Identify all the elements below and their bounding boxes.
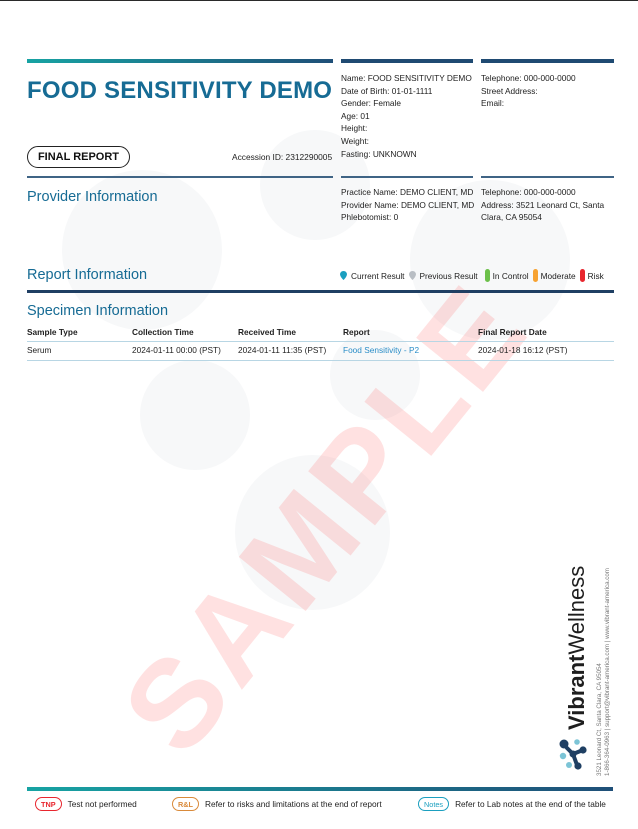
brand-name-bold: Vibrant — [564, 655, 589, 730]
patient-name: Name: FOOD SENSITIVITY DEMO — [341, 72, 472, 85]
legend-current-result: Current Result — [340, 271, 405, 281]
specimen-heading: Specimen Information — [27, 303, 168, 319]
patient-email: Email: — [481, 97, 576, 110]
report-divider — [27, 290, 614, 293]
section-divider — [27, 176, 333, 178]
brand-address-line2: 1-866-364-0963 | support@vibrant-america… — [604, 568, 612, 776]
footer-tnp: TNP Test not performed — [35, 797, 137, 811]
report-heading: Report Information — [27, 267, 147, 283]
report-link[interactable]: Food Sensitivity - P2 — [343, 340, 478, 359]
footer-rl: R&L Refer to risks and limitations at th… — [172, 797, 382, 811]
provider-info: Practice Name: DEMO CLIENT, MD Provider … — [341, 186, 474, 224]
pill-icon — [533, 269, 538, 282]
footer-bar — [27, 787, 613, 791]
provider-contact: Telephone: 000-000-0000 Address: 3521 Le… — [481, 186, 604, 224]
phlebotomist: Phlebotomist: 0 — [341, 211, 474, 224]
section-divider — [481, 176, 614, 178]
vibrant-logo — [557, 738, 587, 770]
col-report: Report — [343, 324, 478, 340]
notes-text: Refer to Lab notes at the end of the tab… — [455, 799, 606, 809]
patient-age: Age: 01 — [341, 110, 472, 123]
table-divider — [27, 341, 614, 342]
rl-badge: R&L — [172, 797, 199, 811]
bg-circle — [140, 360, 250, 470]
section-divider — [341, 176, 473, 178]
pill-icon — [485, 269, 490, 282]
legend-previous-result: Previous Result — [409, 271, 478, 281]
table-row: Serum 2024-01-11 00:00 (PST) 2024-01-11 … — [27, 340, 613, 359]
legend-moderate: Moderate — [533, 269, 576, 282]
accession-label: Accession ID: — [232, 152, 283, 162]
table-header-row: Sample Type Collection Time Received Tim… — [27, 324, 613, 340]
cell-received-time: 2024-01-11 11:35 (PST) — [238, 340, 343, 359]
col-received-time: Received Time — [238, 324, 343, 340]
footer-notes: Notes Refer to Lab notes at the end of t… — [418, 797, 606, 811]
final-report-button[interactable]: FINAL REPORT — [27, 146, 130, 168]
tnp-text: Test not performed — [68, 799, 137, 809]
rl-text: Refer to risks and limitations at the en… — [205, 799, 382, 809]
header-bar — [341, 59, 473, 63]
final-report-label: FINAL REPORT — [38, 151, 119, 163]
patient-weight: Weight: — [341, 135, 472, 148]
patient-contact: Telephone: 000-000-0000 Street Address: … — [481, 72, 576, 110]
provider-name: Provider Name: DEMO CLIENT, MD — [341, 199, 474, 212]
pin-icon — [340, 271, 347, 280]
patient-dob: Date of Birth: 01-01-1111 — [341, 85, 472, 98]
header-bar — [27, 59, 333, 63]
legend-risk: Risk — [580, 269, 604, 282]
patient-fasting: Fasting: UNKNOWN — [341, 148, 472, 161]
brand-name-light: Wellness — [564, 566, 589, 655]
provider-heading: Provider Information — [27, 189, 158, 205]
col-sample-type: Sample Type — [27, 324, 132, 340]
patient-info: Name: FOOD SENSITIVITY DEMO Date of Birt… — [341, 72, 472, 160]
notes-badge: Notes — [418, 797, 449, 811]
cell-collection-time: 2024-01-11 00:00 (PST) — [132, 340, 238, 359]
provider-telephone: Telephone: 000-000-0000 — [481, 186, 604, 199]
cell-final-report-date: 2024-01-18 16:12 (PST) — [478, 340, 613, 359]
bg-circle — [235, 455, 390, 610]
patient-telephone: Telephone: 000-000-0000 — [481, 72, 576, 85]
accession-id: Accession ID: 2312290005 — [232, 152, 332, 162]
patient-height: Height: — [341, 122, 472, 135]
cell-sample-type: Serum — [27, 340, 132, 359]
brand-address-line1: 3521 Leonard Ct, Santa Clara, CA 95054 — [596, 568, 604, 776]
header-bar — [481, 59, 614, 63]
top-border — [0, 0, 638, 1]
provider-address: Address: 3521 Leonard Ct, Santa — [481, 199, 604, 212]
patient-street-address: Street Address: — [481, 85, 576, 98]
legend-in-control: In Control — [485, 269, 529, 282]
logo-molecule-icon — [557, 738, 587, 770]
pin-icon — [409, 271, 416, 280]
pill-icon — [580, 269, 585, 282]
patient-gender: Gender: Female — [341, 97, 472, 110]
accession-value: 2312290005 — [286, 152, 333, 162]
tnp-badge: TNP — [35, 797, 62, 811]
col-collection-time: Collection Time — [132, 324, 238, 340]
provider-address-cont: Clara, CA 95054 — [481, 211, 604, 224]
page-title: FOOD SENSITIVITY DEMO — [27, 77, 332, 105]
legend: Current Result Previous Result In Contro… — [340, 269, 608, 282]
col-final-report-date: Final Report Date — [478, 324, 613, 340]
table-divider — [27, 360, 614, 361]
practice-name: Practice Name: DEMO CLIENT, MD — [341, 186, 474, 199]
